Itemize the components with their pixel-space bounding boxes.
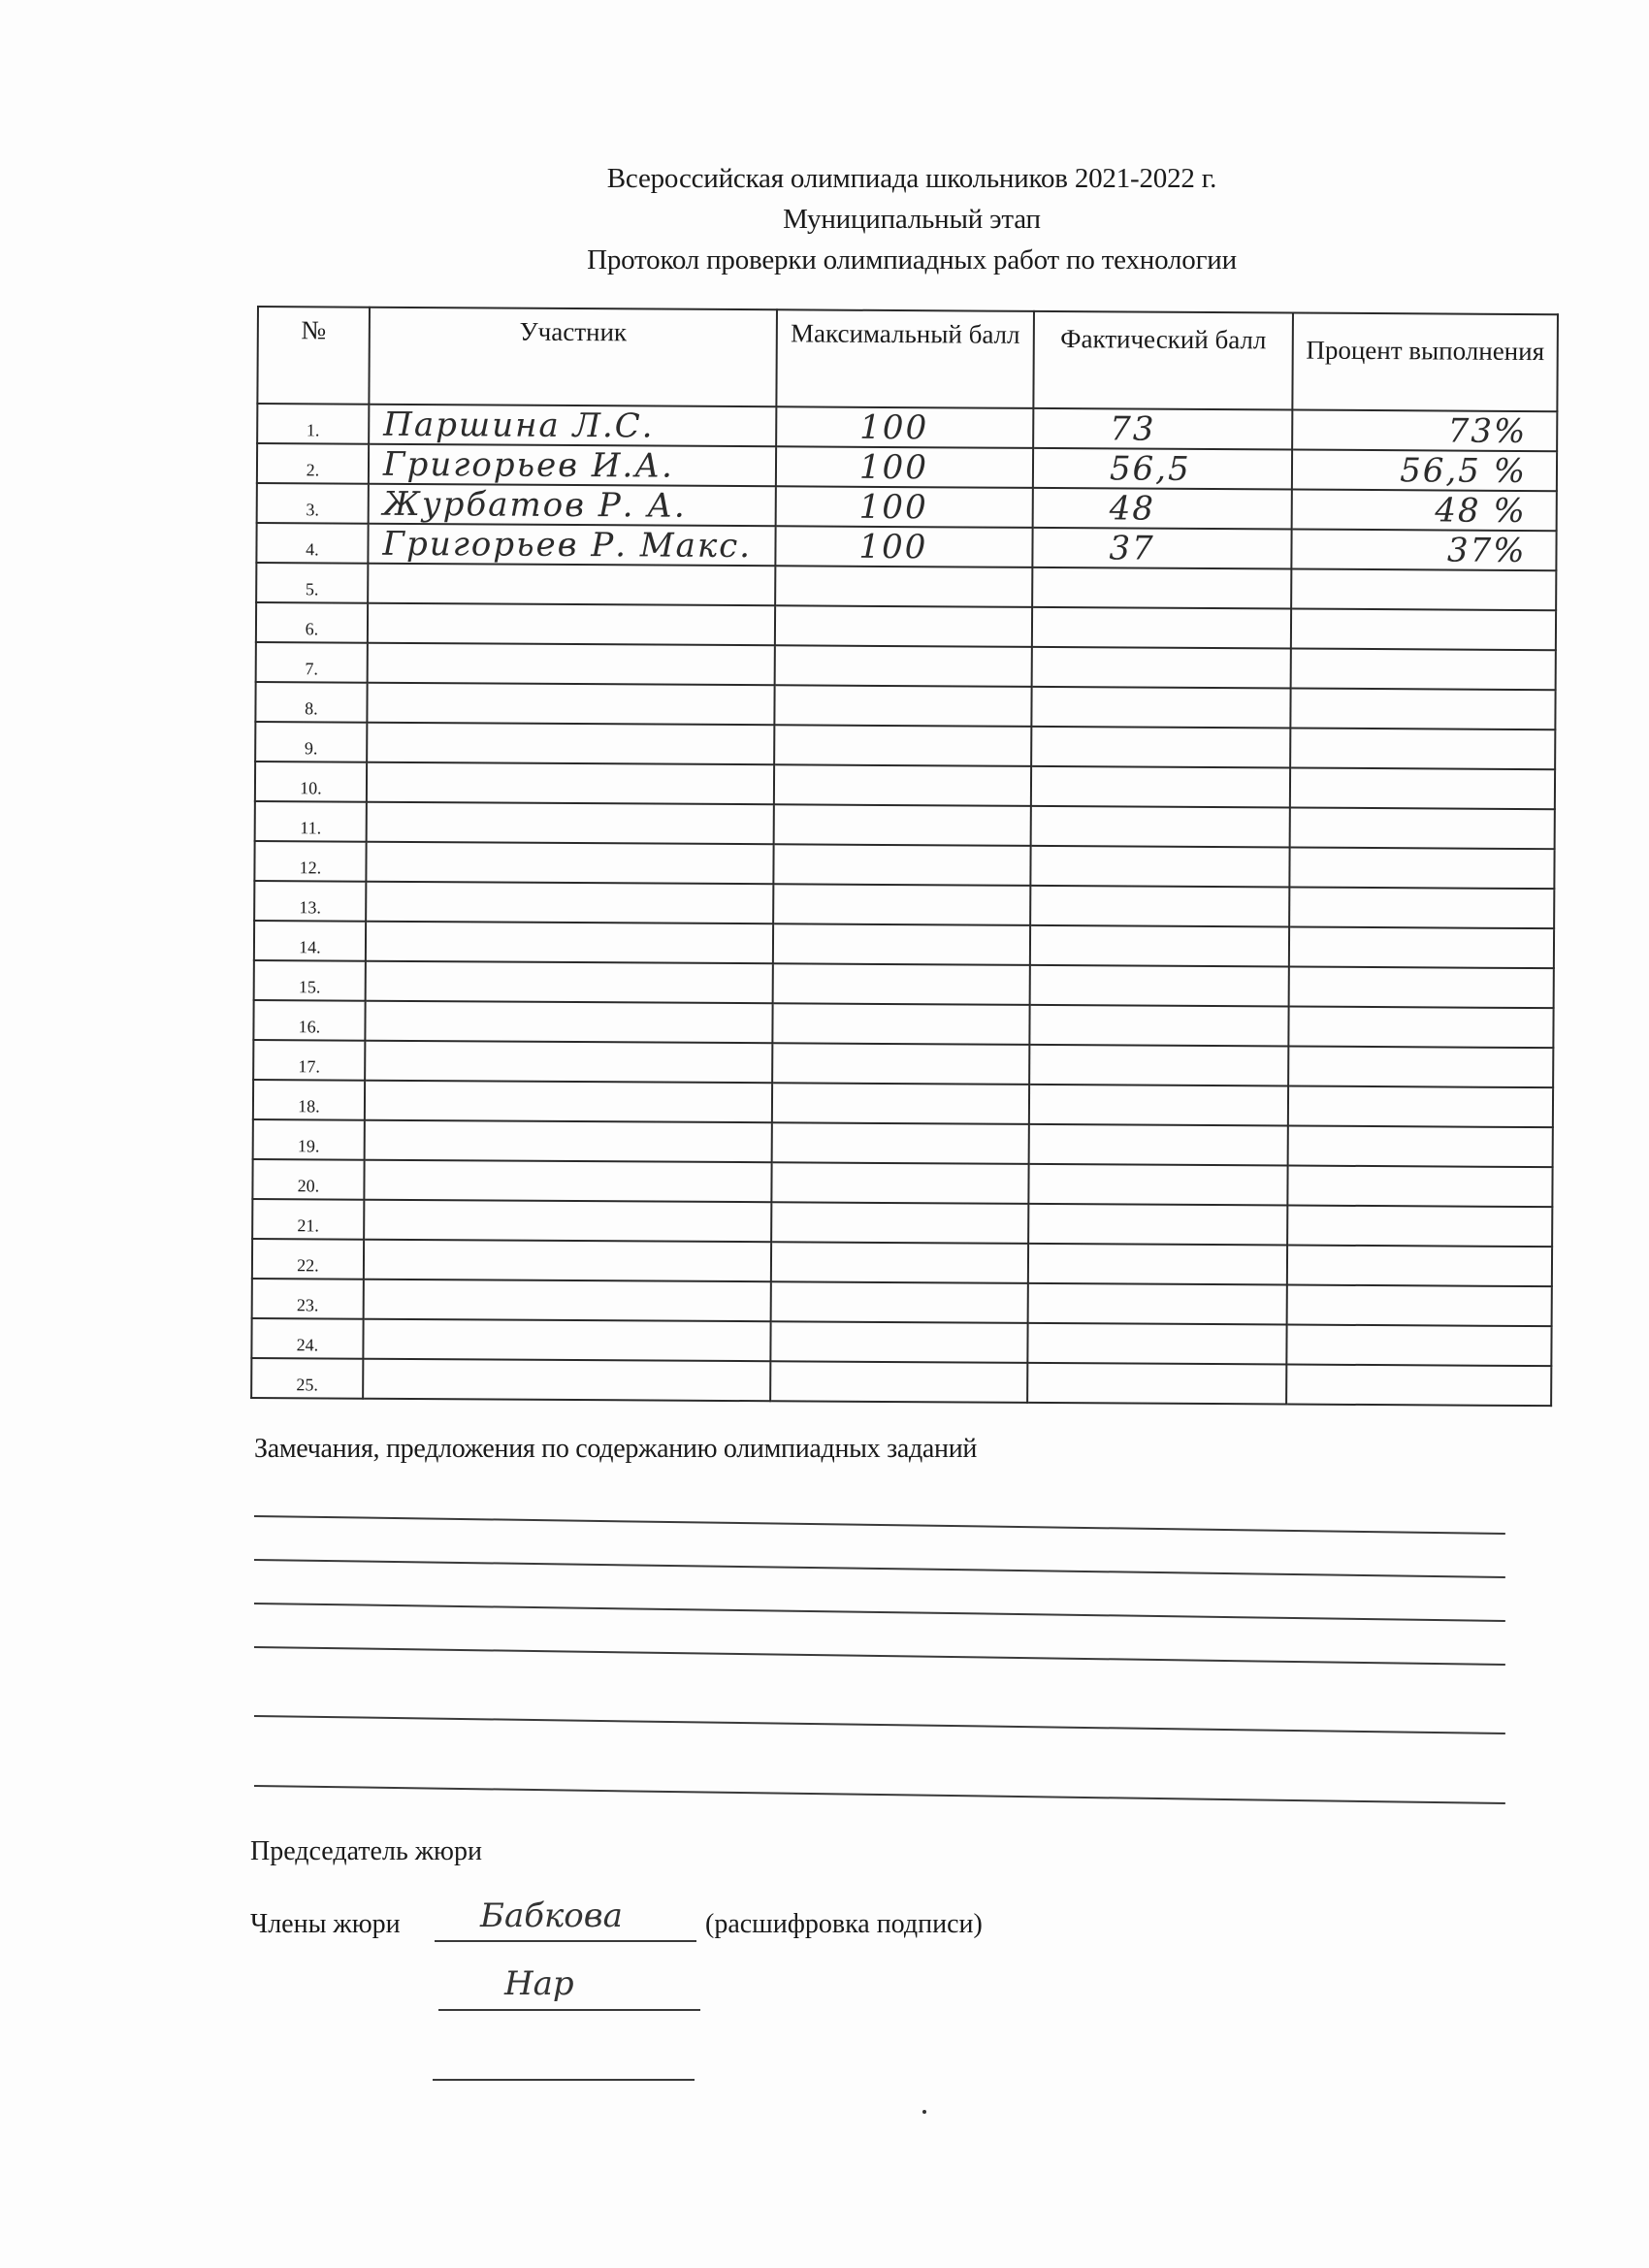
remark-line[interactable] (254, 1785, 1505, 1804)
participant-cell[interactable]: Паршина Л.С. (369, 405, 776, 447)
row-number: 23. (252, 1279, 364, 1319)
remark-line[interactable] (254, 1646, 1505, 1666)
row-number: 2. (257, 443, 369, 484)
title-olympiad: Всероссийская олимпиада школьников 2021-… (233, 158, 1591, 199)
scan-speck (922, 2110, 926, 2114)
actual-score-cell[interactable] (1030, 846, 1289, 888)
percent-cell[interactable] (1291, 569, 1556, 611)
column-header-actual-score: Фактический балл (1033, 311, 1293, 410)
percent-cell[interactable] (1290, 689, 1555, 730)
max-score-cell[interactable] (772, 1003, 1029, 1045)
percent-cell[interactable] (1287, 1166, 1552, 1208)
actual-score-cell[interactable] (1027, 1323, 1286, 1365)
participant-cell[interactable] (364, 1280, 771, 1322)
actual-score-cell[interactable]: 37 (1032, 528, 1291, 569)
percent-cell[interactable] (1288, 1007, 1553, 1049)
max-score-cell[interactable] (774, 685, 1031, 727)
participant-cell[interactable] (366, 882, 773, 924)
results-table: № Участник Максимальный балл Фактический… (250, 306, 1559, 1407)
percent-cell[interactable] (1288, 1086, 1553, 1128)
actual-score-cell[interactable] (1029, 1085, 1288, 1126)
max-score-cell[interactable] (774, 804, 1031, 846)
percent-cell[interactable] (1289, 888, 1554, 929)
column-header-number: № (257, 307, 370, 405)
percent-cell[interactable]: 56,5 % (1292, 450, 1557, 492)
actual-score-cell[interactable] (1032, 647, 1291, 689)
participant-cell[interactable] (367, 762, 774, 805)
row-number: 25. (251, 1358, 363, 1399)
column-header-max-score: Максимальный балл (776, 309, 1034, 408)
jury-chair-label: Председатель жюри (250, 1836, 482, 1867)
column-header-participant: Участник (369, 308, 777, 407)
max-score-cell[interactable] (771, 1162, 1028, 1204)
percent-cell[interactable] (1291, 649, 1556, 691)
row-number: 1. (257, 404, 369, 444)
participant-cell[interactable] (367, 683, 774, 726)
participant-cell[interactable] (368, 643, 775, 686)
actual-score-cell[interactable] (1030, 965, 1289, 1007)
row-number: 14. (254, 921, 366, 961)
signature-1: Бабкова (480, 1896, 623, 1935)
actual-score-cell[interactable] (1031, 806, 1290, 848)
participant-cell[interactable] (365, 1120, 772, 1163)
max-score-cell[interactable] (774, 725, 1031, 766)
percent-cell[interactable] (1289, 927, 1554, 969)
signature-line-3[interactable] (433, 2079, 695, 2081)
table-row: 2.Григорьев И.А.10056,556,5 % (257, 443, 1557, 491)
percent-cell[interactable] (1290, 729, 1555, 770)
percent-cell[interactable] (1289, 967, 1554, 1009)
max-score-cell[interactable] (773, 963, 1030, 1005)
table-body: 1.Паршина Л.С.1007373%2.Григорьев И.А.10… (251, 404, 1557, 1406)
percent-cell[interactable] (1287, 1285, 1552, 1327)
participant-cell[interactable] (368, 564, 775, 606)
percent-cell[interactable] (1290, 808, 1555, 850)
actual-score-cell[interactable] (1028, 1204, 1287, 1246)
row-number: 3. (257, 483, 369, 524)
max-score-cell[interactable] (771, 1242, 1028, 1283)
actual-score-cell[interactable] (1031, 727, 1290, 768)
percent-cell[interactable] (1286, 1365, 1551, 1407)
max-score-cell[interactable] (772, 1043, 1029, 1085)
remark-line[interactable] (254, 1515, 1505, 1535)
participant-cell[interactable] (367, 802, 774, 845)
remark-line[interactable] (254, 1603, 1505, 1622)
actual-score-cell[interactable] (1030, 886, 1289, 927)
participant-cell[interactable] (364, 1160, 771, 1203)
participant-cell[interactable] (365, 1041, 772, 1084)
protocol-page: Всероссийская олимпиада школьников 2021-… (0, 0, 1649, 2268)
actual-score-cell[interactable] (1032, 567, 1291, 609)
percent-cell[interactable]: 48 % (1292, 490, 1557, 532)
participant-cell[interactable] (364, 1200, 771, 1243)
document-title: Всероссийская олимпиада школьников 2021-… (233, 158, 1591, 280)
participant-cell[interactable] (365, 1081, 772, 1123)
actual-score-cell[interactable] (1031, 766, 1290, 808)
row-number: 20. (252, 1159, 364, 1200)
row-number: 6. (256, 602, 368, 643)
max-score-cell[interactable] (770, 1321, 1027, 1363)
signature-line-1[interactable] (435, 1940, 696, 1942)
participant-cell[interactable] (363, 1359, 770, 1402)
max-score-cell[interactable] (774, 764, 1031, 806)
percent-cell[interactable] (1287, 1246, 1552, 1287)
row-number: 10. (255, 761, 367, 802)
participant-cell[interactable] (366, 961, 773, 1004)
table-row: 4.Григорьев Р. Макс.1003737% (256, 523, 1556, 570)
row-number: 24. (251, 1318, 363, 1359)
max-score-cell[interactable]: 100 (776, 406, 1033, 448)
participant-cell[interactable] (366, 842, 773, 885)
percent-cell[interactable]: 73% (1292, 410, 1557, 452)
row-number: 11. (255, 801, 367, 842)
row-number: 13. (254, 881, 366, 922)
participant-cell[interactable] (364, 1240, 771, 1282)
percent-cell[interactable] (1288, 1047, 1553, 1088)
max-score-cell[interactable] (775, 605, 1032, 647)
signature-decode-label: (расшифровка подписи) (705, 1909, 983, 1940)
row-number: 21. (252, 1199, 364, 1240)
actual-score-cell[interactable]: 56,5 (1033, 448, 1292, 490)
signature-line-2[interactable] (438, 2009, 700, 2011)
max-score-cell[interactable] (775, 645, 1032, 687)
actual-score-cell[interactable] (1030, 925, 1289, 967)
actual-score-cell[interactable] (1029, 1124, 1288, 1166)
max-score-cell[interactable] (773, 884, 1030, 925)
max-score-cell[interactable] (773, 844, 1030, 886)
actual-score-cell[interactable] (1029, 1005, 1288, 1047)
row-number: 7. (256, 642, 368, 683)
actual-score-cell[interactable]: 48 (1033, 488, 1292, 530)
max-score-cell[interactable] (770, 1361, 1027, 1403)
row-number: 19. (253, 1119, 365, 1160)
max-score-cell[interactable] (772, 1122, 1029, 1164)
table-row: 1.Паршина Л.С.1007373% (257, 404, 1557, 451)
participant-cell[interactable] (368, 603, 775, 646)
percent-cell[interactable] (1288, 1126, 1553, 1168)
actual-score-cell[interactable]: 73 (1033, 408, 1292, 450)
actual-score-cell[interactable] (1028, 1164, 1287, 1206)
actual-score-cell[interactable] (1028, 1283, 1287, 1325)
row-number: 16. (253, 1000, 365, 1041)
table-header-row: № Участник Максимальный балл Фактический… (257, 307, 1558, 411)
remark-line[interactable] (254, 1715, 1505, 1734)
percent-cell[interactable] (1286, 1325, 1551, 1367)
participant-cell[interactable] (365, 1001, 772, 1044)
title-protocol: Протокол проверки олимпиадных работ по т… (233, 240, 1591, 280)
actual-score-cell[interactable] (1031, 687, 1290, 729)
max-score-cell[interactable] (775, 566, 1032, 607)
row-number: 9. (255, 722, 367, 762)
row-number: 15. (254, 960, 366, 1001)
row-number: 18. (253, 1080, 365, 1120)
max-score-cell[interactable]: 100 (775, 526, 1032, 567)
percent-cell[interactable] (1290, 768, 1555, 810)
row-number: 22. (252, 1239, 364, 1280)
participant-cell[interactable]: Григорьев Р. Макс. (368, 524, 775, 567)
actual-score-cell[interactable] (1028, 1244, 1287, 1285)
actual-score-cell[interactable] (1027, 1363, 1286, 1405)
table-row: 25. (251, 1358, 1551, 1406)
table-row: 3.Журбатов Р. А.1004848 % (257, 483, 1557, 531)
participant-cell[interactable]: Журбатов Р. А. (369, 484, 776, 527)
percent-cell[interactable] (1291, 609, 1556, 651)
column-header-percent: Процент выполнения (1292, 313, 1558, 412)
row-number: 4. (256, 523, 368, 564)
percent-cell[interactable] (1287, 1206, 1552, 1247)
participant-cell[interactable] (367, 723, 774, 765)
row-number: 5. (256, 563, 368, 603)
remark-line[interactable] (254, 1559, 1505, 1578)
title-stage: Муниципальный этап (233, 199, 1591, 240)
max-score-cell[interactable] (771, 1281, 1028, 1323)
row-number: 8. (255, 682, 367, 723)
percent-cell[interactable] (1289, 848, 1554, 890)
participant-cell[interactable] (363, 1319, 770, 1362)
max-score-cell[interactable] (771, 1202, 1028, 1244)
actual-score-cell[interactable] (1029, 1045, 1288, 1086)
max-score-cell[interactable] (772, 1083, 1029, 1124)
max-score-cell[interactable]: 100 (776, 486, 1033, 528)
signature-2: Нар (504, 1964, 574, 2003)
row-number: 17. (253, 1040, 365, 1081)
row-number: 12. (254, 841, 366, 882)
participant-cell[interactable] (366, 922, 773, 964)
percent-cell[interactable]: 37% (1291, 530, 1556, 571)
participant-cell[interactable]: Григорьев И.А. (369, 444, 776, 487)
max-score-cell[interactable]: 100 (776, 446, 1033, 488)
jury-members-label: Члены жюри (250, 1909, 401, 1940)
actual-score-cell[interactable] (1032, 607, 1291, 649)
remarks-heading: Замечания, предложения по содержанию оли… (254, 1434, 977, 1465)
max-score-cell[interactable] (773, 923, 1030, 965)
